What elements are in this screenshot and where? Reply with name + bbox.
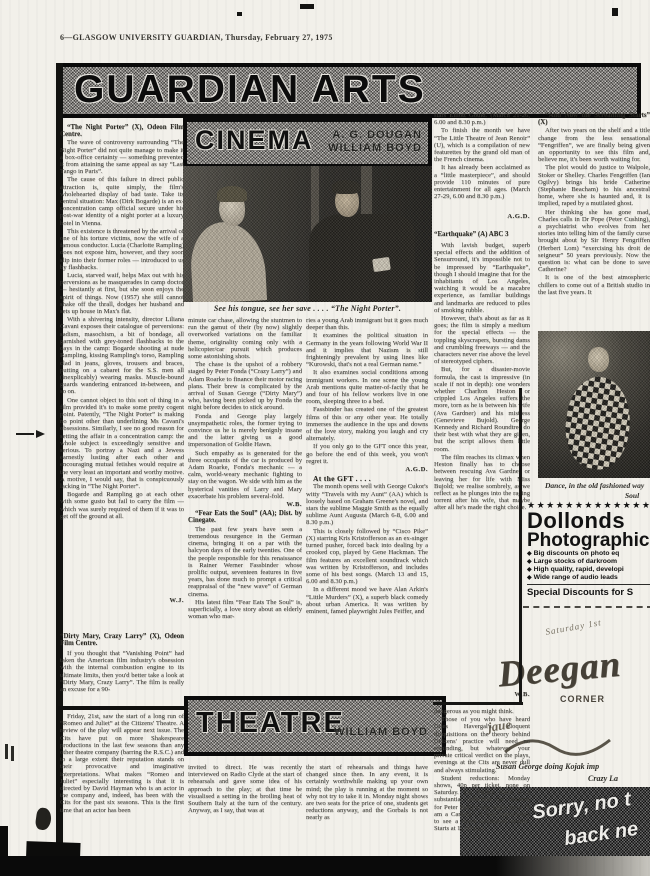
photo-man-hair [332, 180, 360, 194]
dollonds-subtitle: Photographic [527, 531, 650, 550]
paragraph: The month opens well with George Cukor's… [306, 483, 428, 526]
paragraph: Such empathy as is generated for the thr… [188, 450, 302, 500]
dollonds-footer: Special Discounts for S [527, 587, 650, 598]
banner-title: GUARDIAN ARTS [74, 68, 426, 112]
paragraph: The wave of controversy surrounding “The… [60, 139, 184, 175]
pen-arrow-icon [36, 430, 45, 438]
column-rule-vertical [519, 388, 522, 705]
column-rule-horizontal [433, 702, 523, 705]
byline: A.G.D. [306, 466, 428, 473]
night-porter-caption: See his tongue, see her save . . . . “Th… [183, 304, 432, 313]
paragraph: the start of rehearsals and things have … [306, 764, 428, 822]
cinema-label: CINEMA [195, 125, 314, 156]
cinema-byline-2: WILLIAM BOYD [328, 142, 422, 154]
paragraph: Friday, 21st, saw the start of a long ru… [60, 713, 184, 814]
cinema-section-header: CINEMA A. G. DOUGAN WILLIAM BOYD [183, 118, 432, 168]
dollonds-ad: Dollonds Photographic ◆Big discounts on … [527, 510, 650, 598]
column-1: “The Night Porter” (X), Odeon Film Centr… [60, 124, 184, 732]
night-porter-photo [183, 166, 432, 302]
paragraph: One cannot object to this sort of thing … [60, 397, 184, 491]
pen-arrow-tail [16, 433, 34, 435]
gft-article-tail: stars Elliott Gould. (March 21-26, 6.00 … [434, 112, 530, 210]
diamond-icon: ◆ [527, 559, 532, 565]
paragraph: However, that's about as far as it goes;… [434, 315, 530, 365]
article-heading: “Dirty Mary, Crazy Larry” (X), Odeon Fil… [60, 633, 184, 647]
bullet-text: Wide range of audio leads [534, 574, 618, 581]
photo-dancer-checkered-dress [559, 373, 637, 474]
dance-photo [538, 331, 650, 478]
photo-armband [372, 257, 391, 272]
theatre-column-2: invited to direct. He was recently inter… [188, 764, 302, 854]
byline: W.B. [188, 501, 302, 508]
diamond-icon: ◆ [527, 551, 532, 557]
scan-bottom-band [0, 856, 496, 876]
paragraph: It examines the political situation in G… [306, 332, 428, 368]
paragraph: The film reaches its climax when Heston … [434, 454, 530, 512]
paragraph: The plot would do justice to Walpole, St… [538, 164, 650, 207]
article-heading: “The Night Porter” (X), Odeon Film Centr… [60, 124, 184, 138]
dollonds-title: Dollonds [527, 510, 650, 531]
paragraph: It also examines social conditions among… [306, 369, 428, 405]
photo-woman-figure [189, 220, 267, 302]
theatre-column-3: the start of rehearsals and things have … [306, 764, 428, 854]
paragraph: His latest film “Fear Eats The Soul” is,… [188, 599, 302, 621]
dollonds-bullet: ◆Big discounts on photo eq [527, 550, 650, 558]
susan-george-caption-2: Crazy La [588, 774, 650, 783]
dirty-mary-article: If you thought that “Vanishing Point” ha… [60, 650, 184, 706]
paragraph: With a shivering intensity, director Lil… [60, 316, 184, 395]
dollonds-bullet: ◆Wide range of audio leads [527, 574, 650, 582]
paragraph: Those of you who have heard Giles Haverg… [434, 716, 530, 774]
dashed-divider [523, 606, 650, 608]
paragraph: With lavish budget, superb special effec… [434, 242, 530, 314]
ad-rule [527, 584, 650, 585]
deegan-corner-text: CORNER [560, 694, 605, 704]
deegan-script-note: Saturday 1st [545, 617, 603, 637]
deegan-title: Deegan [496, 643, 622, 697]
theatre-label: THEATRE [196, 707, 345, 740]
bullet-text: Big discounts on photo eq [534, 550, 620, 557]
paragraph: The chase is the upshot of a robbery sta… [188, 361, 302, 411]
paragraph: In a different mood we have Alan Arkin's… [306, 586, 428, 615]
paragraph: The past few years have seen a tremendou… [188, 526, 302, 598]
pen-mark [11, 746, 14, 761]
column-divider [58, 706, 188, 710]
bullet-text: Large stocks of darkroom [534, 558, 617, 565]
bullet-text: High quality, rapid, developi [534, 566, 624, 573]
paragraph: If you thought that “Vanishing Point” ha… [60, 650, 184, 693]
cinema-bylines: A. G. DOUGAN WILLIAM BOYD [328, 129, 422, 155]
newspaper-page: 6—GLASGOW UNIVERSITY GUARDIAN, Thursday,… [0, 0, 650, 876]
scan-speck [300, 4, 314, 9]
column-5: “And Now the Screaming Starts” (X) After… [538, 112, 650, 329]
article-heading: “And Now the Screaming Starts” (X) [538, 112, 650, 126]
paragraph: This is closely followed by “Cisco Pike”… [306, 528, 428, 586]
masthead: 6—GLASGOW UNIVERSITY GUARDIAN, Thursday,… [60, 33, 333, 42]
byline: A.G.D. [434, 213, 530, 220]
scan-speck [612, 8, 618, 16]
dollonds-bullet: ◆Large stocks of darkroom [527, 558, 650, 566]
paragraph: If you only go to the GFT once this year… [306, 443, 428, 465]
diamond-icon: ◆ [527, 575, 532, 581]
pen-mark [5, 744, 8, 759]
night-porter-article: “The Night Porter” (X), Odeon Film Centr… [60, 124, 184, 594]
paragraph: This existence is threatened by the arri… [60, 228, 184, 271]
paragraph: Bogarde and Rampling go at each other wi… [60, 491, 184, 520]
paragraph: Fassbinder has created one of the greate… [306, 406, 428, 442]
dance-caption: Dance, in the old fashioned way [545, 481, 650, 490]
photo-woman-hair [217, 186, 247, 202]
paragraph: It has already been acclaimed as a “litt… [434, 164, 530, 200]
column-4: stars Elliott Gould. (March 21-26, 6.00 … [434, 112, 530, 704]
scan-bottom-band-fade [496, 856, 650, 876]
paragraph: dangerous as you might think. [434, 708, 530, 715]
theatre-byline: WILLIAM BOYD [334, 726, 428, 739]
column-3: ries a young Arab immigrant but it goes … [306, 317, 428, 694]
paragraph: Student reductions: Monday shows, 40p pe… [434, 775, 530, 833]
sorry-line-2: back ne [563, 818, 640, 851]
earthquake-article: With lavish budget, superb special effec… [434, 242, 530, 688]
paragraph: It is one of the best atmospheric chille… [538, 274, 650, 296]
paragraph: invited to direct. He was recently inter… [188, 764, 302, 814]
paragraph: minute car chase, allowing the stuntmen … [188, 317, 302, 360]
paragraph: Her thinking she has gone mad, Charles c… [538, 209, 650, 274]
paragraph: ries a young Arab immigrant but it goes … [306, 317, 428, 331]
theatre-column-4: dangerous as you might think. Those of y… [434, 708, 530, 856]
paragraph: The cause of this failure in direct publ… [60, 176, 184, 226]
paragraph: After two years on the shelf and a title… [538, 127, 650, 163]
scan-speck [237, 12, 242, 16]
section-heading: At the GFT . . . . [306, 475, 428, 482]
paragraph: Fonda and George play largely unsympathe… [188, 413, 302, 449]
cinema-byline-1: A. G. DOUGAN [332, 129, 422, 141]
sorry-line-1: Sorry, no t [531, 788, 633, 825]
ink-blot [35, 807, 53, 831]
guardian-arts-banner: GUARDIAN ARTS [56, 63, 641, 118]
dance-caption-2: Soul [625, 491, 650, 500]
paragraph: Lucia, starved waif, helps Max out with … [60, 272, 184, 315]
theatre-column-1: Friday, 21st, saw the start of a long ru… [60, 713, 184, 853]
paragraph: But, for a disaster-movie formula, the c… [434, 366, 530, 452]
paragraph: stars Elliott Gould. (March 21-26, 6.00 … [434, 112, 530, 126]
article-heading: “Earthquake” (A) ABC 3 [434, 231, 530, 238]
theatre-section-header: THEATRE WILLIAM BOYD [184, 696, 446, 756]
diamond-icon: ◆ [527, 567, 532, 573]
column-2: minute car chase, allowing the stuntmen … [188, 317, 302, 694]
photo-dancer-head [588, 347, 609, 372]
byline: W.J. [60, 597, 184, 604]
article-heading: “Fear Eats the Soul” (AA); Dist. by Cine… [188, 510, 302, 524]
photo-man-figure [309, 214, 415, 302]
dollonds-bullet: ◆High quality, rapid, developi [527, 566, 650, 574]
paragraph: To finish the month we have “The Little … [434, 127, 530, 163]
